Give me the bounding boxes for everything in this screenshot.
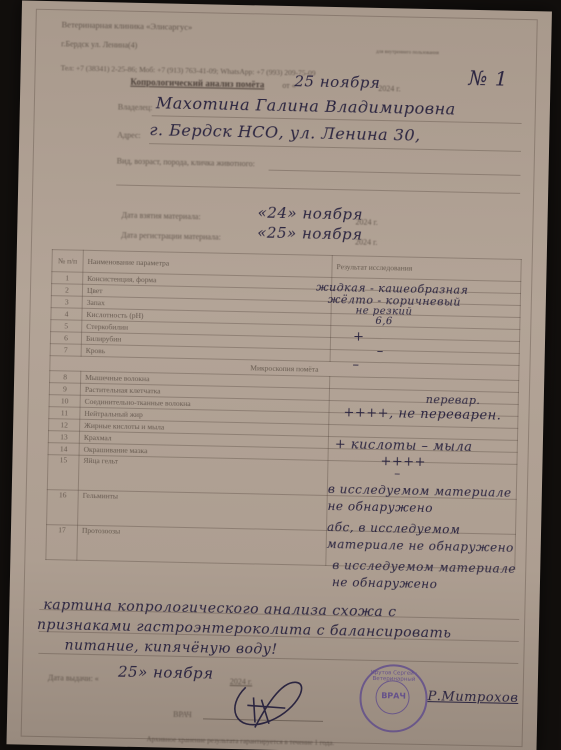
coprology-form-sheet: Ветеринарная клиника «Элисаргус» г.Бердс… — [6, 0, 551, 750]
row-number: 16 — [47, 490, 79, 526]
doctor-label: ВРАЧ — [173, 710, 192, 719]
doctor-name-signature: Р.Митрохов — [427, 689, 518, 706]
row-number: 11 — [49, 407, 80, 420]
result-blood: – — [352, 357, 359, 372]
result-neutral-fat: + кислоты – мыла — [335, 437, 473, 455]
row-number: 10 — [49, 395, 80, 408]
row-number: 2 — [51, 284, 82, 297]
row-number: 4 — [51, 308, 82, 321]
row-number: 6 — [50, 332, 81, 345]
row-number: 12 — [49, 419, 80, 432]
result-protozoa: в исследуемом материале не обнаружено — [332, 557, 523, 595]
title-date: 25 ноября — [294, 72, 380, 92]
result-bilirubin: – — [377, 344, 384, 359]
row-number: 17 — [46, 525, 78, 561]
document-number: № 1 — [468, 66, 508, 91]
row-number: 1 — [52, 272, 83, 285]
registration-date: «25» ноября — [257, 223, 363, 243]
row-number: 5 — [51, 320, 82, 333]
result-eggs: в исследуемом материале не обнаружено — [327, 481, 518, 519]
signature-scribble-icon — [225, 677, 316, 735]
row-number: 7 — [50, 344, 81, 357]
row-number: 13 — [48, 431, 79, 444]
row-number: 3 — [51, 296, 82, 309]
issue-date: 25» ноября — [118, 663, 214, 683]
collection-date: «24» ноября — [257, 203, 363, 223]
result-helminths: абс, в исследуемом материале не обнаруже… — [327, 519, 518, 557]
result-starch: – — [394, 466, 401, 480]
parameter-name: Протозоозы — [77, 525, 327, 565]
result-fatty-acids: ++++ — [380, 454, 426, 470]
row-number: 8 — [50, 371, 81, 384]
row-number: 9 — [49, 383, 80, 396]
result-muscle-fibers: перевар. — [426, 393, 481, 407]
row-number: 14 — [48, 443, 79, 456]
parameter-name: Гельминты — [78, 490, 328, 530]
parameter-name: Яйца гельт — [78, 455, 328, 495]
result-stercobilin: + — [353, 329, 365, 344]
row-number: 15 — [47, 455, 79, 491]
result-ph: 6,6 — [375, 316, 393, 327]
clinic-address: г.Бердск ул. Ленина(4) — [61, 39, 137, 50]
